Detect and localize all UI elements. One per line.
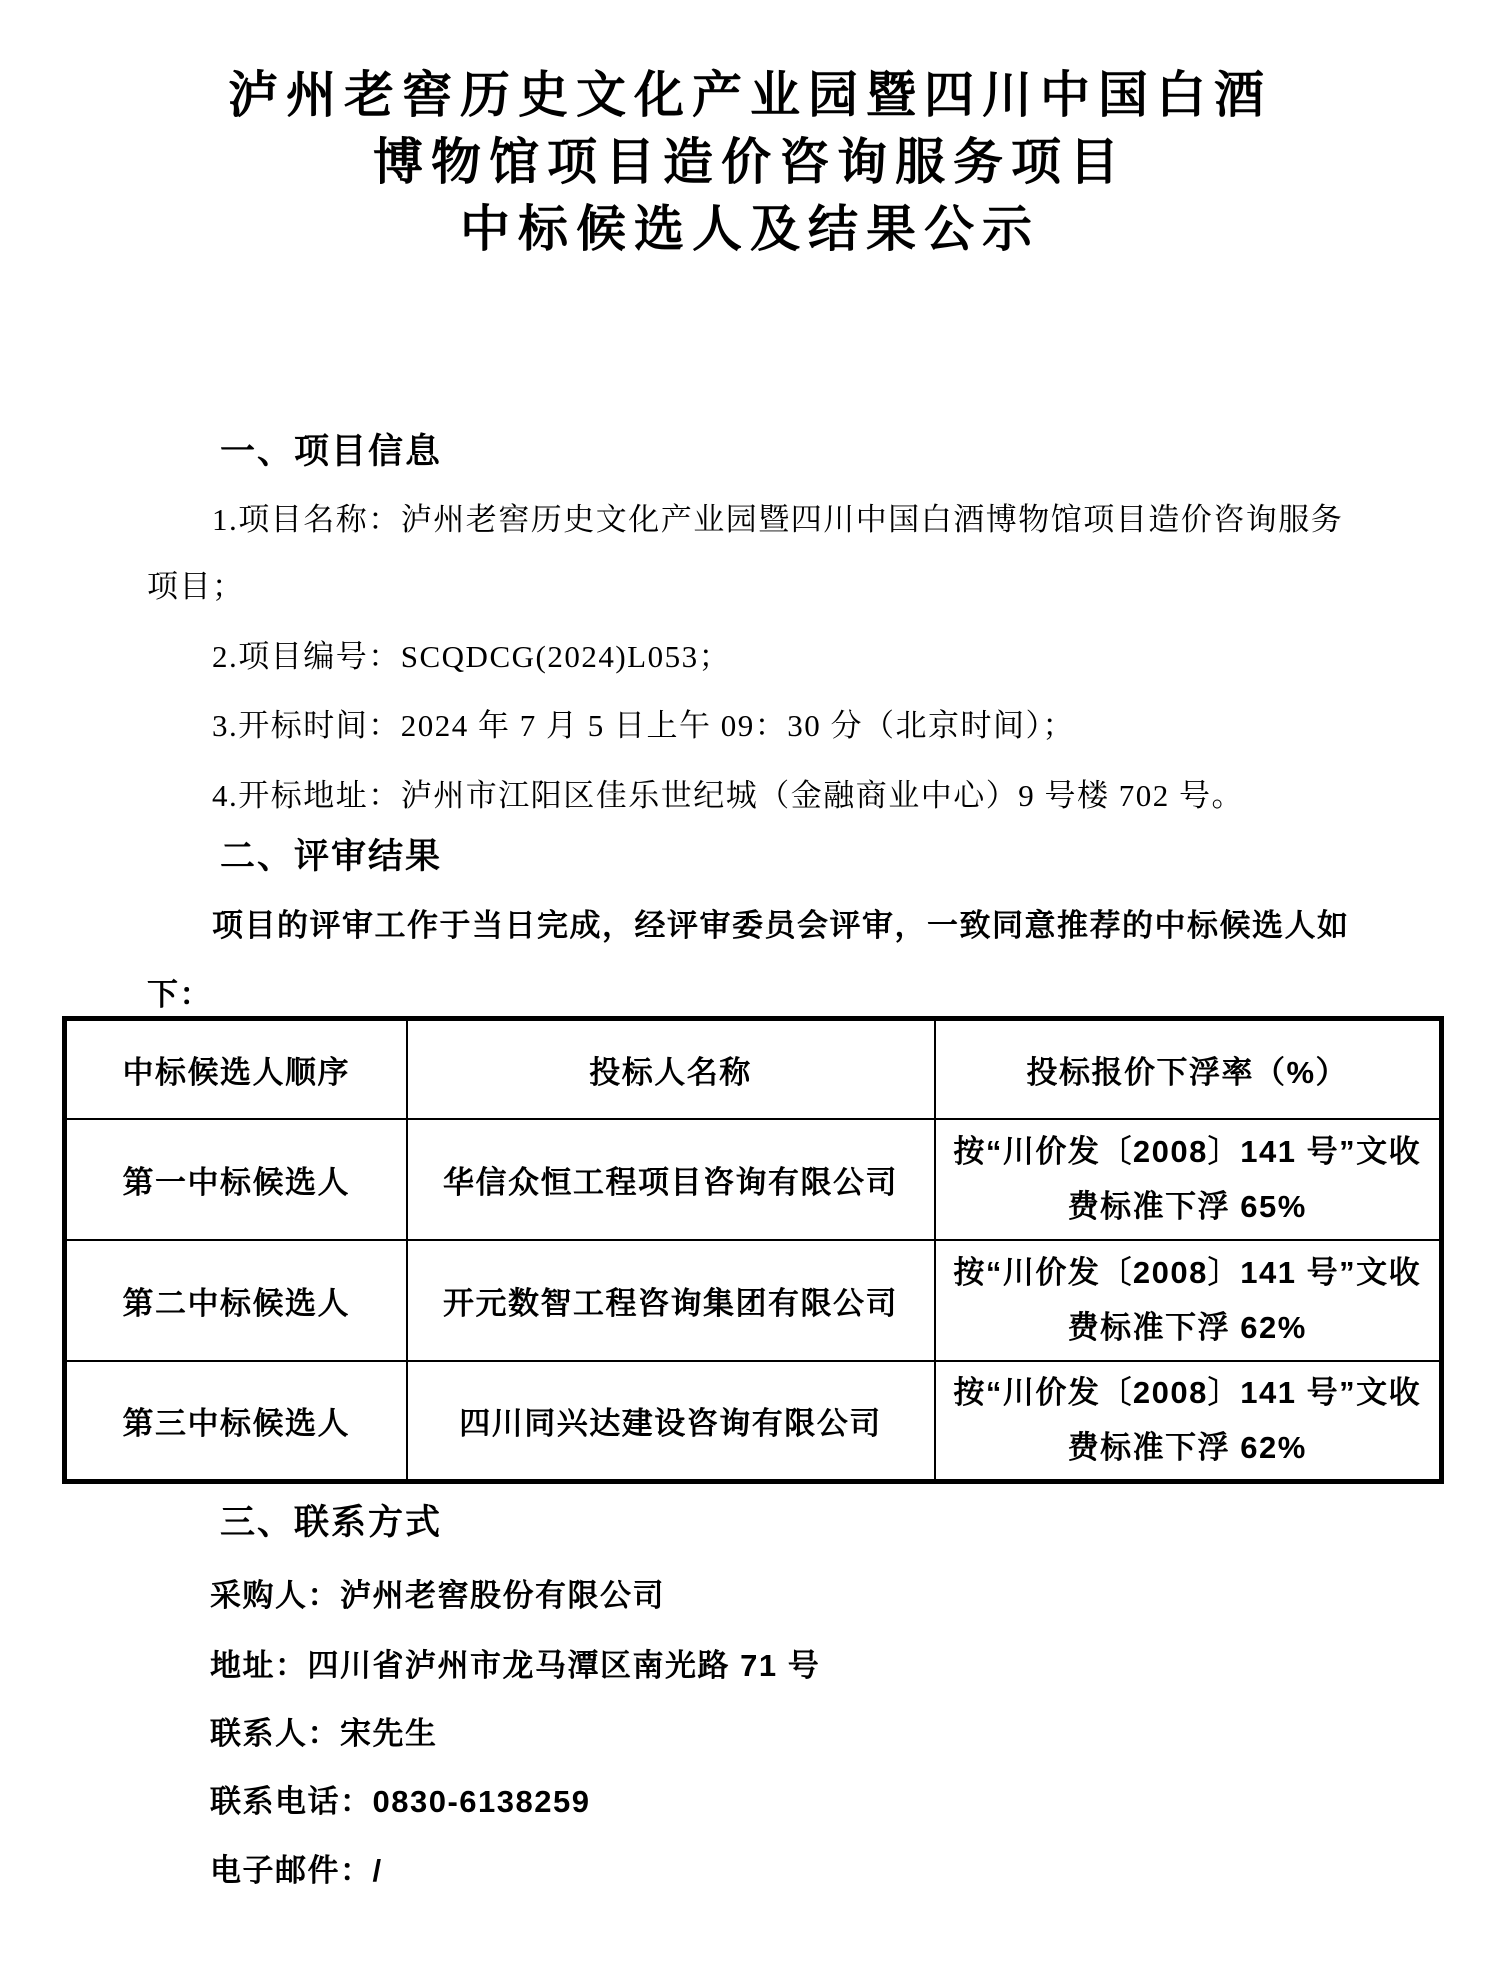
email-line: 电子邮件：/ [210, 1845, 383, 1890]
section-heading-contact: 三、联系方式 [220, 1495, 442, 1545]
address-line: 地址：四川省泸州市龙马潭区南光路 71 号 [210, 1640, 820, 1685]
discount-rate-line-1: 按“川价发〔2008〕141 号”文收 [950, 1365, 1426, 1420]
discount-rate-line-2: 费标准下浮 62% [950, 1300, 1426, 1355]
section-heading-project-info: 一、项目信息 [220, 424, 442, 474]
purchaser-line: 采购人：泸州老窖股份有限公司 [210, 1570, 665, 1615]
bidder-name: 四川同兴达建设咨询有限公司 [407, 1361, 935, 1482]
project-name-line-1: 1.项目名称：泸州老窖历史文化产业园暨四川中国白酒博物馆项目造价咨询服务 [212, 494, 1343, 539]
discount-rate: 按“川价发〔2008〕141 号”文收 费标准下浮 62% [935, 1240, 1442, 1361]
bidder-name: 华信众恒工程项目咨询有限公司 [407, 1119, 935, 1240]
table-header-row: 中标候选人顺序 投标人名称 投标报价下浮率（%） [65, 1019, 1442, 1119]
discount-rate-line-1: 按“川价发〔2008〕141 号”文收 [950, 1124, 1426, 1179]
discount-rate-line-2: 费标准下浮 62% [950, 1420, 1426, 1475]
section-heading-review-result: 二、评审结果 [220, 829, 442, 879]
announcement-document: 泸州老窖历史文化产业园暨四川中国白酒 博物馆项目造价咨询服务项目 中标候选人及结… [0, 0, 1500, 1972]
table-row: 第一中标候选人 华信众恒工程项目咨询有限公司 按“川价发〔2008〕141 号”… [65, 1119, 1442, 1240]
discount-rate: 按“川价发〔2008〕141 号”文收 费标准下浮 62% [935, 1361, 1442, 1482]
discount-rate: 按“川价发〔2008〕141 号”文收 费标准下浮 65% [935, 1119, 1442, 1240]
project-number-line: 2.项目编号：SCQDCG(2024)L053； [212, 631, 731, 676]
title-line-3: 中标候选人及结果公示 [0, 196, 1500, 263]
discount-rate-line-1: 按“川价发〔2008〕141 号”文收 [950, 1245, 1426, 1300]
table-header-discount-rate: 投标报价下浮率（%） [935, 1019, 1442, 1119]
title-line-2: 博物馆项目造价咨询服务项目 [0, 129, 1500, 196]
table-header-bidder-name: 投标人名称 [407, 1019, 935, 1119]
table-row: 第三中标候选人 四川同兴达建设咨询有限公司 按“川价发〔2008〕141 号”文… [65, 1361, 1442, 1482]
candidate-rank: 第二中标候选人 [65, 1240, 407, 1361]
bidder-name: 开元数智工程咨询集团有限公司 [407, 1240, 935, 1361]
candidate-rank: 第一中标候选人 [65, 1119, 407, 1240]
table-row: 第二中标候选人 开元数智工程咨询集团有限公司 按“川价发〔2008〕141 号”… [65, 1240, 1442, 1361]
candidate-rank: 第三中标候选人 [65, 1361, 407, 1482]
bid-opening-address-line: 4.开标地址：泸州市江阳区佳乐世纪城（金融商业中心）9 号楼 702 号。 [212, 770, 1244, 815]
title-line-1: 泸州老窖历史文化产业园暨四川中国白酒 [0, 62, 1500, 129]
discount-rate-line-2: 费标准下浮 65% [950, 1179, 1426, 1234]
phone-line: 联系电话：0830-6138259 [210, 1776, 590, 1821]
contact-person-line: 联系人：宋先生 [210, 1708, 438, 1753]
review-paragraph-line-1: 项目的评审工作于当日完成，经评审委员会评审，一致同意推荐的中标候选人如 [212, 900, 1350, 945]
project-name-line-2: 项目； [147, 561, 245, 606]
review-paragraph-line-2: 下： [147, 969, 212, 1014]
bid-opening-time-line: 3.开标时间：2024 年 7 月 5 日上午 09：30 分（北京时间）； [212, 700, 1075, 745]
bid-results-table: 中标候选人顺序 投标人名称 投标报价下浮率（%） 第一中标候选人 华信众恒工程项… [62, 1016, 1444, 1484]
table-header-candidate-order: 中标候选人顺序 [65, 1019, 407, 1119]
document-title: 泸州老窖历史文化产业园暨四川中国白酒 博物馆项目造价咨询服务项目 中标候选人及结… [0, 62, 1500, 263]
